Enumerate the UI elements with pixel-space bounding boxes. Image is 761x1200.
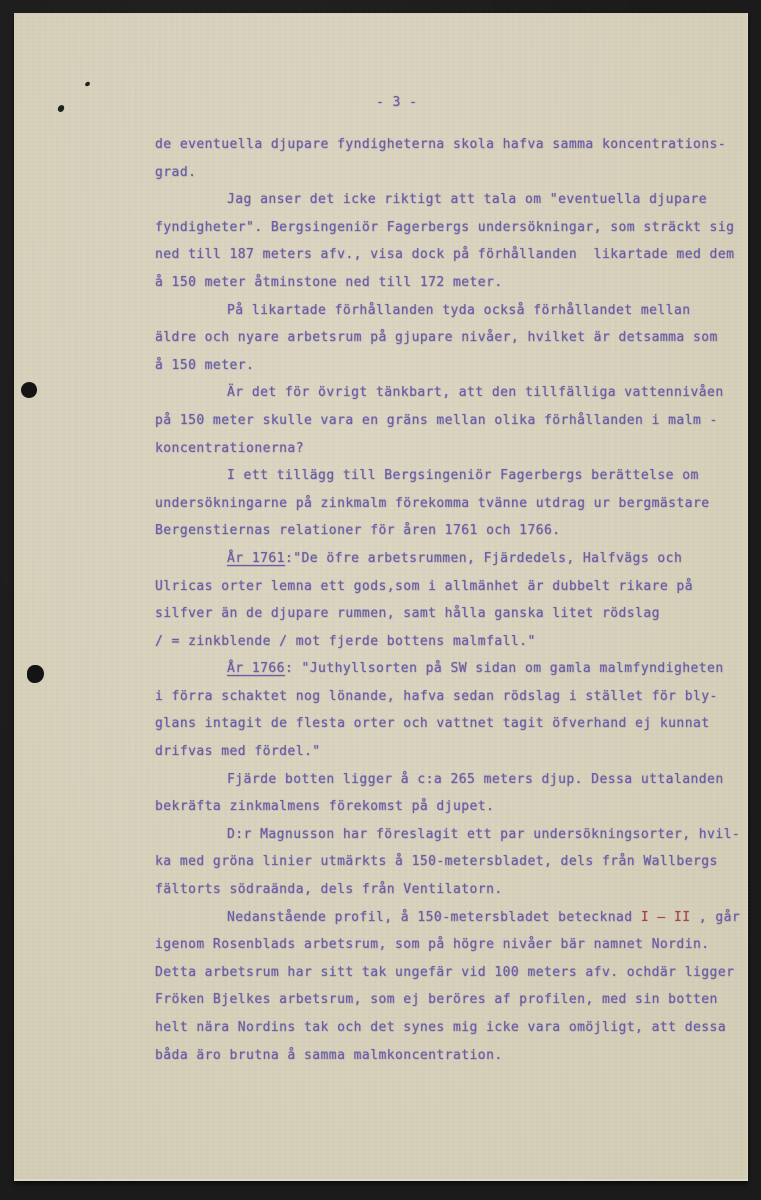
text-segment: helt nära Nordins tak och det synes mig … [155, 1020, 726, 1035]
text-line: ned till 187 meters afv., visa dock på f… [155, 241, 761, 269]
text-segment: År 1761 [227, 551, 285, 566]
text-segment: : "Juthyllsorten på SW sidan om gamla ma… [285, 661, 724, 676]
text-line: I ett tillägg till Bergsingeniör Fagerbe… [155, 462, 761, 490]
text-segment: grad. [155, 165, 196, 180]
hole-punch-bottom [27, 665, 44, 683]
text-line: i förra schaktet nog lönande, hafva seda… [155, 683, 761, 711]
ink-speck [84, 81, 90, 86]
text-segment: de eventuella djupare fyndigheterna skol… [155, 137, 726, 152]
text-line: Nedanstående profil, å 150-metersbladet … [155, 904, 761, 932]
text-line: silfver än de djupare rummen, samt hålla… [155, 600, 761, 628]
text-line: grad. [155, 159, 761, 187]
text-line: Detta arbetsrum har sitt tak ungefär vid… [155, 959, 761, 987]
text-segment: Fröken Bjelkes arbetsrum, som ej beröres… [155, 992, 718, 1007]
text-segment: fältorts södraända, dels från Ventilator… [155, 882, 503, 897]
document-body: de eventuella djupare fyndigheterna skol… [155, 131, 761, 1069]
text-segment: :"De öfre arbetsrummen, Fjärdedels, Half… [285, 551, 682, 566]
text-line: å 150 meter. [155, 352, 761, 380]
ink-speck [57, 104, 65, 112]
text-line: ka med gröna linier utmärkts å 150-meter… [155, 848, 761, 876]
scan-background: - 3 - de eventuella djupare fyndighetern… [0, 0, 761, 1200]
text-segment: igenom Rosenblads arbetsrum, som på högr… [155, 937, 710, 952]
text-line: Fjärde botten ligger å c:a 265 meters dj… [155, 766, 761, 794]
text-segment: Fjärde botten ligger å c:a 265 meters dj… [227, 772, 724, 787]
text-segment: silfver än de djupare rummen, samt hålla… [155, 606, 660, 621]
text-line: båda äro brutna å samma malmkoncentratio… [155, 1042, 761, 1070]
text-line: D:r Magnusson har föreslagit ett par und… [155, 821, 761, 849]
text-segment: fyndigheter". Bergsingeniör Fagerbergs u… [155, 220, 734, 235]
text-line: Jag anser det icke riktigt att tala om "… [155, 186, 761, 214]
text-segment: ned till 187 meters afv., visa dock på f… [155, 247, 734, 262]
text-line: äldre och nyare arbetsrum på gjupare niv… [155, 324, 761, 352]
text-line: de eventuella djupare fyndigheterna skol… [155, 131, 761, 159]
text-segment: I ett tillägg till Bergsingeniör Fagerbe… [227, 468, 699, 483]
text-line: fältorts södraända, dels från Ventilator… [155, 876, 761, 904]
text-line: Är det för övrigt tänkbart, att den till… [155, 379, 761, 407]
text-line: igenom Rosenblads arbetsrum, som på högr… [155, 931, 761, 959]
text-segment: D:r Magnusson har föreslagit ett par und… [227, 827, 740, 842]
text-line: bekräfta zinkmalmens förekomst på djupet… [155, 793, 761, 821]
text-line: glans intagit de flesta orter och vattne… [155, 710, 761, 738]
text-segment: Detta arbetsrum har sitt tak ungefär vid… [155, 965, 734, 980]
text-segment: å 150 meter åtminstone ned till 172 mete… [155, 275, 503, 290]
text-line: År 1761:"De öfre arbetsrummen, Fjärdedel… [155, 545, 761, 573]
text-line: På likartade förhållanden tyda också för… [155, 297, 761, 325]
text-segment: på 150 meter skulle vara en gräns mellan… [155, 413, 718, 428]
text-segment: År 1766 [227, 661, 285, 676]
text-line: drifvas med fördel." [155, 738, 761, 766]
text-segment: å 150 meter. [155, 358, 254, 373]
document-page: - 3 - de eventuella djupare fyndighetern… [14, 13, 748, 1181]
text-line: helt nära Nordins tak och det synes mig … [155, 1014, 761, 1042]
text-line: Ulricas orter lemna ett gods,som i allmä… [155, 573, 761, 601]
text-segment: ka med gröna linier utmärkts å 150-meter… [155, 854, 718, 869]
text-segment: Är det för övrigt tänkbart, att den till… [227, 385, 724, 400]
text-segment: koncentrationerna? [155, 441, 304, 456]
text-segment: äldre och nyare arbetsrum på gjupare niv… [155, 330, 718, 345]
text-segment: Nedanstående profil, å 150-metersbladet … [227, 910, 641, 925]
text-line: å 150 meter åtminstone ned till 172 mete… [155, 269, 761, 297]
text-segment: båda äro brutna å samma malmkoncentratio… [155, 1048, 503, 1063]
text-segment: / = zinkblende / mot fjerde bottens malm… [155, 634, 536, 649]
text-segment: Ulricas orter lemna ett gods,som i allmä… [155, 579, 693, 594]
text-segment: På likartade förhållanden tyda också för… [227, 303, 691, 318]
text-line: på 150 meter skulle vara en gräns mellan… [155, 407, 761, 435]
text-segment: drifvas med fördel." [155, 744, 321, 759]
text-line: År 1766: "Juthyllsorten på SW sidan om g… [155, 655, 761, 683]
text-segment: bekräfta zinkmalmens förekomst på djupet… [155, 799, 494, 814]
text-segment: , går [691, 910, 741, 925]
text-line: / = zinkblende / mot fjerde bottens malm… [155, 628, 761, 656]
text-line: undersökningarne på zinkmalm förekomma t… [155, 490, 761, 518]
text-segment: Jag anser det icke riktigt att tala om "… [227, 192, 707, 207]
text-line: koncentrationerna? [155, 435, 761, 463]
text-line: fyndigheter". Bergsingeniör Fagerbergs u… [155, 214, 761, 242]
text-segment: i förra schaktet nog lönande, hafva seda… [155, 689, 718, 704]
text-segment: undersökningarne på zinkmalm förekomma t… [155, 496, 710, 511]
profile-marker-text: I – II [641, 910, 691, 925]
text-line: Bergenstiernas relationer för åren 1761 … [155, 517, 761, 545]
hole-punch-top [20, 381, 38, 399]
page-number: - 3 - [376, 95, 417, 110]
text-segment: Bergenstiernas relationer för åren 1761 … [155, 523, 561, 538]
text-segment: glans intagit de flesta orter och vattne… [155, 716, 710, 731]
text-line: Fröken Bjelkes arbetsrum, som ej beröres… [155, 986, 761, 1014]
